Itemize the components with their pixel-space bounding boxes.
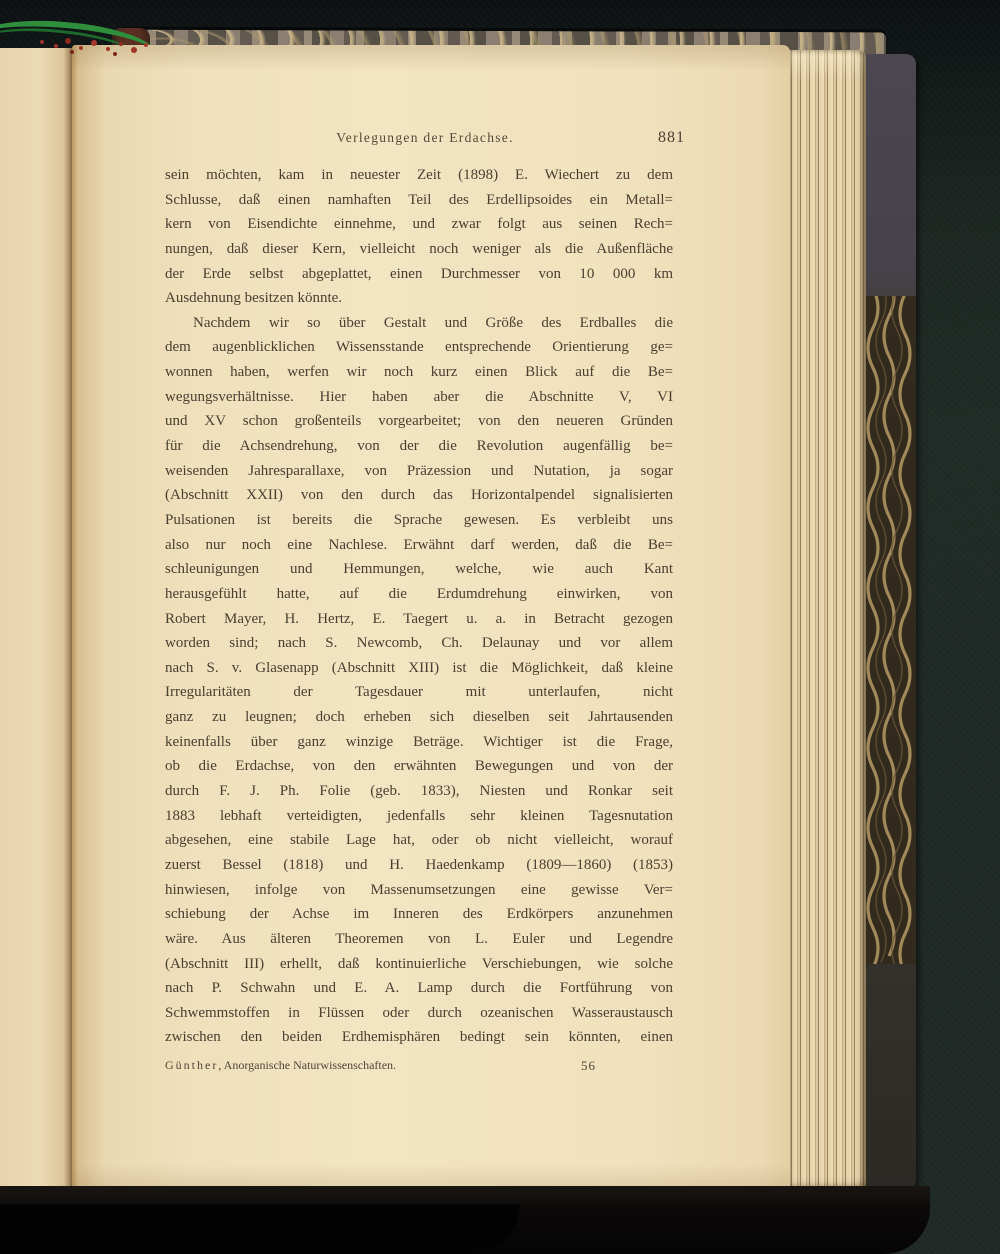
running-title: Verlegungen der Erdachse. — [237, 130, 613, 146]
footer-author-signature: Günther — [165, 1058, 218, 1072]
marbled-paper-strip — [864, 296, 916, 964]
body-text-line: Schwemmstoffen in Flüssen oder durch oze… — [165, 1001, 673, 1026]
book-cover-fore-edge — [864, 54, 916, 1200]
body-text-line: (Abschnitt III) erhellt, daß kontinuierl… — [165, 952, 673, 977]
red-sprinkled-edge — [40, 40, 44, 44]
body-text-line: durch F. J. Ph. Folie (geb. 1833), Niest… — [165, 779, 673, 804]
page-footer: Günther, Anorganische Naturwissenschafte… — [165, 1058, 673, 1073]
body-text-line: herausgefühlt hatte, auf die Erdumdrehun… — [165, 582, 673, 607]
footer-sheet-number: 56 — [581, 1058, 596, 1074]
body-text-line: dem augenblicklichen Wissensstande entsp… — [165, 335, 673, 360]
body-text-line: schleunigungen und Hemmungen, welche, wi… — [165, 557, 673, 582]
body-text-line: zuerst Bessel (1818) und H. Haedenkamp (… — [165, 853, 673, 878]
page-block-fore-edge — [786, 50, 866, 1192]
body-text-line: 1883 lebhaft verteidigten, jedenfalls se… — [165, 804, 673, 829]
body-text-line: für die Achsendrehung, von der die Revol… — [165, 434, 673, 459]
body-text-line: Robert Mayer, H. Hertz, E. Taegert u. a.… — [165, 607, 673, 632]
body-text-line: der Erde selbst abgeplattet, einen Durch… — [165, 262, 673, 287]
book-bottom-shadow — [0, 1186, 930, 1254]
body-text-line: nach P. Schwahn und E. A. Lamp durch die… — [165, 976, 673, 1001]
facing-page-sliver — [0, 48, 72, 1188]
page-number: 881 — [613, 129, 685, 147]
body-text-line: abgesehen, eine stabile Lage hat, oder o… — [165, 828, 673, 853]
page-header: Verlegungen der Erdachse. 881 — [165, 129, 685, 147]
body-text-line: nach S. v. Glasenapp (Abschnitt XIII) is… — [165, 656, 673, 681]
body-text-line: worden sind; nach S. Newcomb, Ch. Delaun… — [165, 631, 673, 656]
marble-wave-pattern — [864, 296, 916, 964]
body-text-line: und XV schon großenteils vorgearbeitet; … — [165, 409, 673, 434]
body-text: sein möchten, kam in neuester Zeit (1898… — [165, 163, 673, 1050]
body-text-line: (Abschnitt XXII) von den durch das Horiz… — [165, 483, 673, 508]
body-text-line: ob die Erdachse, von den erwähnten Beweg… — [165, 754, 673, 779]
body-text-line: zwischen den beiden Erdhemisphären bedin… — [165, 1025, 673, 1050]
body-text-line: Ausdehnung besitzen könnte. — [165, 286, 673, 311]
book-page: Verlegungen der Erdachse. 881 sein möcht… — [72, 45, 790, 1194]
body-text-line: ganz zu leugnen; doch erheben sich diese… — [165, 705, 673, 730]
body-text-line: hinwiesen, infolge von Massenumsetzungen… — [165, 878, 673, 903]
body-text-line: Nachdem wir so über Gestalt und Größe de… — [165, 311, 673, 336]
body-text-line: kern von Eisendichte einnehme, und zwar … — [165, 212, 673, 237]
body-text-line: wonnen haben, werfen wir noch kurz einen… — [165, 360, 673, 385]
body-text-line: Schlusse, daß einen namhaften Teil des E… — [165, 188, 673, 213]
photo-of-open-book: Verlegungen der Erdachse. 881 sein möcht… — [0, 0, 1000, 1254]
body-text-line: wäre. Aus älteren Theoremen von L. Euler… — [165, 927, 673, 952]
body-text-line: weisenden Jahresparallaxe, von Präzessio… — [165, 459, 673, 484]
body-text-line: Irregularitäten der Tagesdauer mit unter… — [165, 680, 673, 705]
body-text-line: also nur noch eine Nachlese. Erwähnt dar… — [165, 533, 673, 558]
body-text-line: nungen, daß dieser Kern, vielleicht noch… — [165, 237, 673, 262]
body-text-line: keinenfalls über ganz winzige Beträge. W… — [165, 730, 673, 755]
footer-work-title: , Anorganische Naturwissenschaften. — [218, 1058, 396, 1072]
body-text-line: sein möchten, kam in neuester Zeit (1898… — [165, 163, 673, 188]
body-text-line: Pulsationen ist bereits die Sprache gewe… — [165, 508, 673, 533]
body-text-line: schiebung der Achse im Inneren des Erdkö… — [165, 902, 673, 927]
body-text-line: wegungsverhältnisse. Hier haben aber die… — [165, 385, 673, 410]
